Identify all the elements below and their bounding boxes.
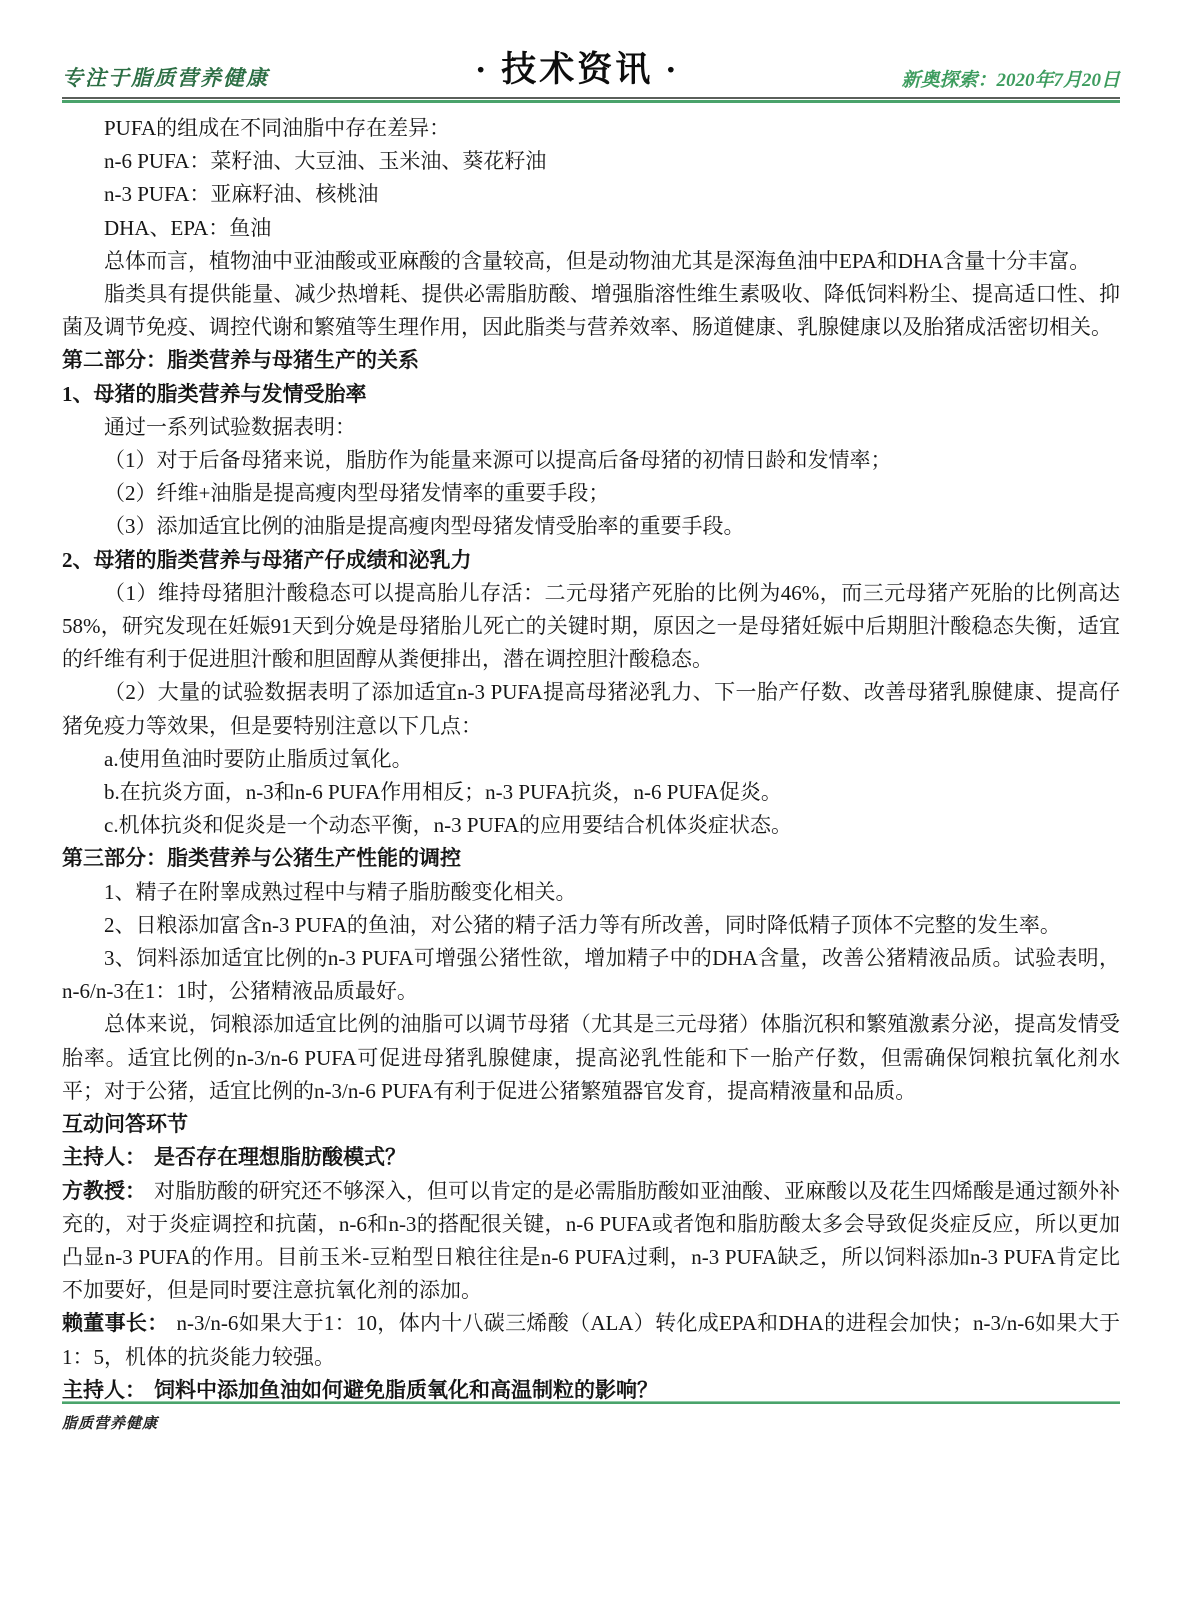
qa-speaker-label: 赖董事长：	[62, 1311, 169, 1335]
footer-divider-highlight	[62, 1401, 1120, 1402]
paragraph: c.机体抗炎和促炎是一个动态平衡，n-3 PUFA的应用要结合机体炎症状态。	[62, 809, 1120, 842]
paragraph: b.在抗炎方面，n-3和n-6 PUFA作用相反；n-3 PUFA抗炎，n-6 …	[62, 776, 1120, 809]
qa-paragraph: 赖董事长：n-3/n-6如果大于1：10，体内十八碳三烯酸（ALA）转化成EPA…	[62, 1307, 1120, 1373]
qa-speaker-label: 方教授：	[62, 1179, 146, 1203]
paragraph: a.使用鱼油时要防止脂质过氧化。	[62, 743, 1120, 776]
paragraph: （1）对于后备母猪来说，脂肪作为能量来源可以提高后备母猪的初情日龄和发情率；	[62, 444, 1120, 477]
paragraph: （2）纤维+油脂是提高瘦肉型母猪发情率的重要手段；	[62, 477, 1120, 510]
paragraph: 脂类具有提供能量、减少热增耗、提供必需脂肪酸、增强脂溶性维生素吸收、降低饲料粉尘…	[62, 278, 1120, 344]
paragraph: 总体来说，饲粮添加适宜比例的油脂可以调节母猪（尤其是三元母猪）体脂沉积和繁殖激素…	[62, 1008, 1120, 1108]
section-heading: 第三部分：脂类营养与公猪生产性能的调控	[62, 842, 1120, 875]
paragraph: PUFA的组成在不同油脂中存在差异：	[62, 112, 1120, 145]
header-divider	[62, 97, 1120, 103]
qa-speaker-label: 主持人：	[62, 1145, 146, 1169]
paragraph: （3）添加适宜比例的油脂是提高瘦肉型母猪发情受胎率的重要手段。	[62, 510, 1120, 543]
qa-text: 对脂肪酸的研究还不够深入，但可以肯定的是必需脂肪酸如亚油酸、亚麻酸以及花生四烯酸…	[62, 1179, 1120, 1303]
section-heading: 2、母猪的脂类营养与母猪产仔成绩和泌乳力	[62, 544, 1120, 577]
document-body: PUFA的组成在不同油脂中存在差异：n-6 PUFA：菜籽油、大豆油、玉米油、葵…	[62, 112, 1120, 1407]
paragraph: DHA、EPA：鱼油	[62, 212, 1120, 245]
paragraph: （2）大量的试验数据表明了添加适宜n-3 PUFA提高母猪泌乳力、下一胎产仔数、…	[62, 676, 1120, 742]
qa-paragraph: 方教授：对脂肪酸的研究还不够深入，但可以肯定的是必需脂肪酸如亚油酸、亚麻酸以及花…	[62, 1175, 1120, 1308]
paragraph: n-6 PUFA：菜籽油、大豆油、玉米油、葵花籽油	[62, 145, 1120, 178]
paragraph: 通过一系列试验数据表明：	[62, 411, 1120, 444]
header-issue-date: 新奥探索：2020年7月20日	[901, 65, 1120, 92]
page-header: 专注于脂质营养健康 · 技术资讯 · 新奥探索：2020年7月20日	[62, 50, 1120, 92]
paragraph: （1）维持母猪胆汁酸稳态可以提高胎儿存活：二元母猪产死胎的比例为46%，而三元母…	[62, 577, 1120, 677]
page-title: · 技术资讯 ·	[475, 42, 680, 92]
qa-speaker-label: 主持人：	[62, 1378, 146, 1402]
section-heading: 互动问答环节	[62, 1108, 1120, 1141]
paragraph: 1、精子在附睾成熟过程中与精子脂肪酸变化相关。	[62, 876, 1120, 909]
paragraph: 3、饲料添加适宜比例的n-3 PUFA可增强公猪性欲，增加精子中的DHA含量，改…	[62, 942, 1120, 1008]
header-slogan: 专注于脂质营养健康	[62, 62, 269, 92]
section-heading: 第二部分：脂类营养与母猪生产的关系	[62, 344, 1120, 377]
qa-paragraph: 主持人：是否存在理想脂肪酸模式？	[62, 1141, 1120, 1174]
header-divider-green-line	[62, 100, 1120, 103]
qa-text: n-3/n-6如果大于1：10，体内十八碳三烯酸（ALA）转化成EPA和DHA的…	[62, 1311, 1120, 1368]
header-divider-dark-line	[62, 97, 1120, 99]
paragraph: 2、日粮添加富含n-3 PUFA的鱼油，对公猪的精子活力等有所改善，同时降低精子…	[62, 909, 1120, 942]
footer-label: 脂质营养健康	[62, 1412, 1120, 1433]
qa-text: 饲料中添加鱼油如何避免脂质氧化和高温制粒的影响？	[154, 1378, 658, 1402]
qa-text: 是否存在理想脂肪酸模式？	[154, 1145, 406, 1169]
paragraph: 总体而言，植物油中亚油酸或亚麻酸的含量较高，但是动物油尤其是深海鱼油中EPA和D…	[62, 245, 1120, 278]
footer-divider	[62, 1401, 1120, 1404]
section-heading: 1、母猪的脂类营养与发情受胎率	[62, 378, 1120, 411]
document-page: 专注于脂质营养健康 · 技术资讯 · 新奥探索：2020年7月20日 PUFA的…	[0, 0, 1178, 1600]
paragraph: n-3 PUFA：亚麻籽油、核桃油	[62, 178, 1120, 211]
